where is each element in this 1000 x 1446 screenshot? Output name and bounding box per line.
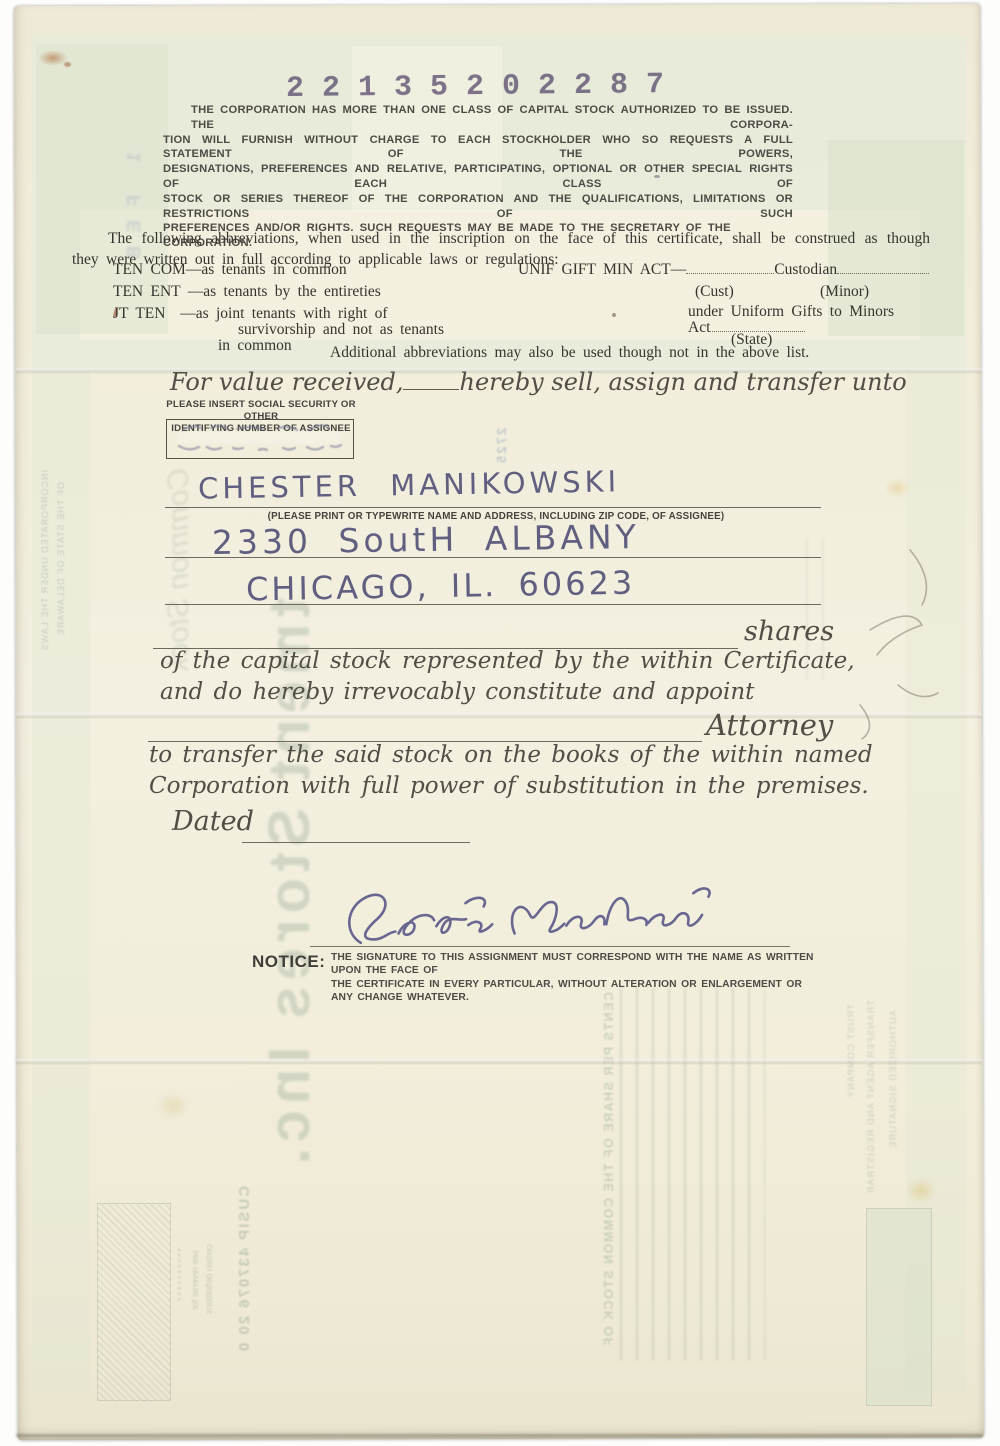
cust-label: (Cust) xyxy=(695,281,734,302)
pencil-scribbles xyxy=(840,535,950,745)
act-label: Act xyxy=(688,317,710,338)
minor-name-blank xyxy=(837,261,929,274)
erased-ssn-scribble xyxy=(167,420,349,454)
attorney-word: Attorney xyxy=(706,708,833,742)
disclosure-line: TION WILL FURNISH WITHOUT CHARGE TO EACH… xyxy=(163,133,793,163)
hereby-sell-text: hereby sell, assign and transfer unto xyxy=(459,368,906,396)
fold-crease-middle xyxy=(16,713,982,718)
abbrev-def: —as tenants by the entireties xyxy=(188,283,381,300)
write-line-2 xyxy=(165,557,821,558)
abbreviations-intro-line1: The following abbreviations, when used i… xyxy=(72,228,930,249)
abbreviations-footer: Additional abbreviations may also be use… xyxy=(330,342,809,363)
disclosure-line: STOCK OR SERIES THEREOF OF THE CORPORATI… xyxy=(163,192,793,222)
assignment-body-line3: to transfer the said stock on the books … xyxy=(149,742,873,768)
assignment-body-line2: and do hereby irrevocably constitute and… xyxy=(160,679,754,705)
notice-text-line1: THE SIGNATURE TO THIS ASSIGNMENT MUST CO… xyxy=(331,951,823,978)
assignor-blank-line xyxy=(403,373,459,390)
write-line-3 xyxy=(165,604,821,605)
abbrev-term: TEN COM xyxy=(113,261,186,278)
write-line-1 xyxy=(165,507,821,508)
ssn-box xyxy=(166,419,354,459)
abbrev-term: JT TEN xyxy=(113,305,165,322)
unif-gift-label: UNIF GIFT MIN ACT— xyxy=(518,259,686,280)
dated-word: Dated xyxy=(172,806,254,837)
shares-word: shares xyxy=(744,616,834,647)
scanned-certificate-back: tment Stores Inc. CUSIP 437076 20 0 Comm… xyxy=(0,0,1000,1446)
notice-label: NOTICE: xyxy=(252,952,325,972)
fold-crease-lower xyxy=(16,1059,982,1064)
bottom-scan-edge xyxy=(16,1434,982,1437)
abbrev-def: —as tenants in common xyxy=(186,261,347,278)
for-value-received-text: For value received, xyxy=(170,368,403,396)
signature xyxy=(337,869,720,962)
custodian-label: Custodian xyxy=(774,259,837,280)
assignment-body-line1: of the capital stock represented by the … xyxy=(160,648,855,674)
address-line2-handwriting: CHICAGO, IL. 60623 xyxy=(246,564,636,609)
dated-blank-line xyxy=(242,842,470,843)
minor-label: (Minor) xyxy=(820,281,869,302)
address-line1-handwriting: 2330 SoutH ALBANY xyxy=(212,517,640,562)
abbrev-row-ten-com: TEN COM—as tenants in common xyxy=(113,259,347,280)
custodian-name-blank xyxy=(686,261,774,274)
stamped-number: 22135202287 xyxy=(286,68,682,106)
abbrev-term: TEN ENT xyxy=(113,283,180,300)
assignment-body-line4: Corporation with full power of substitut… xyxy=(149,773,869,799)
signature-line xyxy=(310,946,790,947)
notice-text: THE SIGNATURE TO THIS ASSIGNMENT MUST CO… xyxy=(331,951,823,1005)
assignment-opening-row: For value received, hereby sell, assign … xyxy=(170,368,907,396)
abbrev-jt-ten-line3: in common xyxy=(218,335,292,356)
abbrev-row-unif-gift: UNIF GIFT MIN ACT—Custodian xyxy=(518,259,929,280)
notice-text-line2: THE CERTIFICATE IN EVERY PARTICULAR, WIT… xyxy=(331,978,823,1005)
abbrev-row-ten-ent: TEN ENT —as tenants by the entireties xyxy=(113,281,381,302)
disclosure-line: THE CORPORATION HAS MORE THAN ONE CLASS … xyxy=(163,103,793,133)
disclosure-line: DESIGNATIONS, PREFERENCES AND RELATIVE, … xyxy=(163,162,793,192)
